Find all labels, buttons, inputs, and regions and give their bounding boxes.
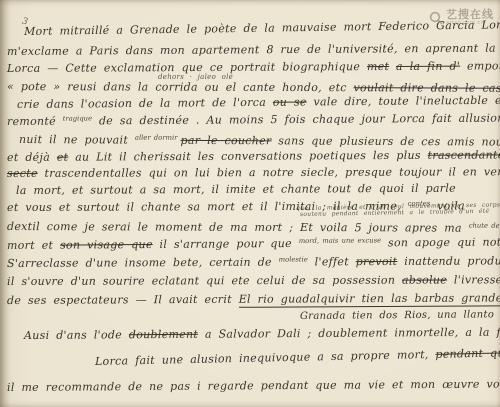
watermark: 艺搜在线 artso.com.cn xyxy=(429,9,494,29)
manuscript-text-segment: sans que plusieurs de ces amis nous alli… xyxy=(271,134,500,149)
manuscript-line: nuit il ne pouvait aller dormir par le c… xyxy=(19,134,500,148)
manuscript-text-segment: il s'arrange pour que xyxy=(153,237,299,251)
manuscript-text-segment: et déjà xyxy=(7,151,57,164)
manuscript-line: remonté tragique de sa destinée . Au moi… xyxy=(7,112,500,127)
manuscript-line: Granada tien dos Rios, una llanto et otr… xyxy=(300,310,500,322)
manuscript-line: il s'ouvre d'un sourire eclatant qui ete… xyxy=(7,274,500,287)
manuscript-text-segment: l'effet xyxy=(308,255,356,268)
manuscript-text-segment: de sa destinée . Au moins 5 fois chaque … xyxy=(92,111,500,128)
manuscript-text-segment: a la fin d' xyxy=(396,60,460,73)
manuscript-text-segment: vale dire, toute l'ineluctable expeditio… xyxy=(307,93,500,108)
manuscript-text-segment: crie dans l'ocasion de la mort de l'orca xyxy=(17,96,273,111)
manuscript-text-segment: a Salvador Dali ; doublement inmortelle,… xyxy=(198,326,500,341)
manuscript-text-segment: nuit il ne pouvait xyxy=(19,133,135,147)
manuscript-text-segment: chute de Grenade xyxy=(469,222,500,230)
manuscript-text-segment: « pote » reusi dans la corrida ou el can… xyxy=(7,80,354,94)
manuscript-text-segment: il s'ouvre d'un sourire eclatant qui ete… xyxy=(7,274,402,288)
manuscript-text-segment: pendant qu'il xyxy=(435,346,500,361)
manuscript-line: il me recommande de ne pas i regarde pen… xyxy=(7,378,500,393)
manuscript-text-segment: m'exclame a Paris dans mon apartement 8 … xyxy=(7,40,500,58)
manuscript-line: Ausi d'ans l'ode doublement a Salvador D… xyxy=(24,327,500,341)
manuscript-line: secte trascendentalles qui on lui bien a… xyxy=(7,166,500,179)
manuscript-line: mort et son visage que il s'arrange pour… xyxy=(7,236,500,251)
manuscript-text-segment: dextil come je serai le moment de ma mor… xyxy=(7,220,469,235)
magnifier-icon xyxy=(429,10,443,29)
manuscript-text-segment: doublement xyxy=(129,328,198,341)
manuscript-text-segment: El rio guadalquivir tien las barbas gran… xyxy=(239,291,500,307)
manuscript-text-segment: met xyxy=(367,60,389,73)
manuscript-text-segment: inattendu produit en nous xyxy=(397,254,500,268)
manuscript-text-segment: par le coucher xyxy=(181,134,272,147)
watermark-text: 艺搜在线 xyxy=(446,9,494,20)
manuscript-text-segment: l'ivresse absolue xyxy=(447,273,500,286)
manuscript-line: et déjà et au Lit il cherissait les conv… xyxy=(7,149,500,163)
manuscript-text-segment: au Lit il cherissait les conversations p… xyxy=(68,149,427,164)
manuscript-page: 艺搜在线 artso.com.cn 3 Mort mitraillé a Gre… xyxy=(0,0,500,407)
manuscript-line: « pote » reusi dans la corrida ou el can… xyxy=(7,81,500,94)
watermark-text-block: 艺搜在线 artso.com.cn xyxy=(446,9,494,26)
manuscript-text-segment: trascendentalles qui on lui bien a notre… xyxy=(38,165,500,180)
manuscript-text-segment: aller dormir xyxy=(135,134,181,142)
manuscript-lines: Mort mitraillé a Grenade le poète de la … xyxy=(0,0,500,407)
manuscript-text-segment: Lorca fait une alusion inequivoque a sa … xyxy=(95,348,436,368)
manuscript-line: Lorca fait une alusion inequivoque a sa … xyxy=(95,347,500,367)
manuscript-line: crie dans l'ocasion de la mort de l'orca… xyxy=(17,94,500,110)
manuscript-line: dextil come je serai le moment de ma mor… xyxy=(7,221,500,234)
manuscript-text-segment: secte xyxy=(7,167,38,180)
manuscript-text-segment: il me recommande de ne pas i regarde pen… xyxy=(7,377,500,394)
manuscript-text-segment: mord, mais une excuse xyxy=(299,236,382,245)
manuscript-line: de ses espectateurs — Il avait ecrit El … xyxy=(7,292,500,306)
manuscript-text-segment: son apoge qui note pas leur xyxy=(381,235,500,249)
manuscript-text-segment: son visage que xyxy=(60,238,153,252)
manuscript-text-segment: empoignera la fin d'un xyxy=(460,59,500,73)
manuscript-line: m'exclame a Paris dans mon apartement 8 … xyxy=(7,41,500,57)
manuscript-text-segment: ou se xyxy=(273,95,307,108)
manuscript-text-segment: trascendantes de notre xyxy=(428,148,500,162)
manuscript-text-segment: absolue xyxy=(402,273,447,286)
manuscript-line: S'arreclasse d'une insome bete, certain … xyxy=(7,255,500,269)
manuscript-text-segment: S'arreclasse d'une insome bete, certain … xyxy=(7,256,279,270)
manuscript-line: soutenu pendant entièrement a le trouble… xyxy=(300,209,489,218)
manuscript-line: Lorca — Cette exclamation que ce portrai… xyxy=(7,60,500,74)
watermark-subtext: artso.com.cn xyxy=(446,21,494,26)
manuscript-text-segment: Ausi d'ans l'ode xyxy=(24,328,129,342)
manuscript-text-segment: mort et xyxy=(7,239,60,252)
manuscript-text-segment: voulait dire dans le cas de l'Orca xyxy=(354,81,500,95)
manuscript-text-segment: Granada tien dos Rios, una llanto et otr… xyxy=(300,309,500,322)
manuscript-text-segment: prevoit xyxy=(356,255,398,268)
manuscript-text-segment: molestie xyxy=(279,255,308,263)
manuscript-text-segment: de ses espectateurs — Il avait ecrit xyxy=(7,293,239,307)
manuscript-text-segment: la mort, et surtout a sa mort, il imite … xyxy=(16,182,456,197)
manuscript-text-segment: et xyxy=(57,151,69,164)
manuscript-line: la mort, et surtout a sa mort, il imite … xyxy=(16,183,456,196)
manuscript-text-segment: tragique xyxy=(63,114,92,122)
manuscript-text-segment: remonté xyxy=(7,115,63,128)
